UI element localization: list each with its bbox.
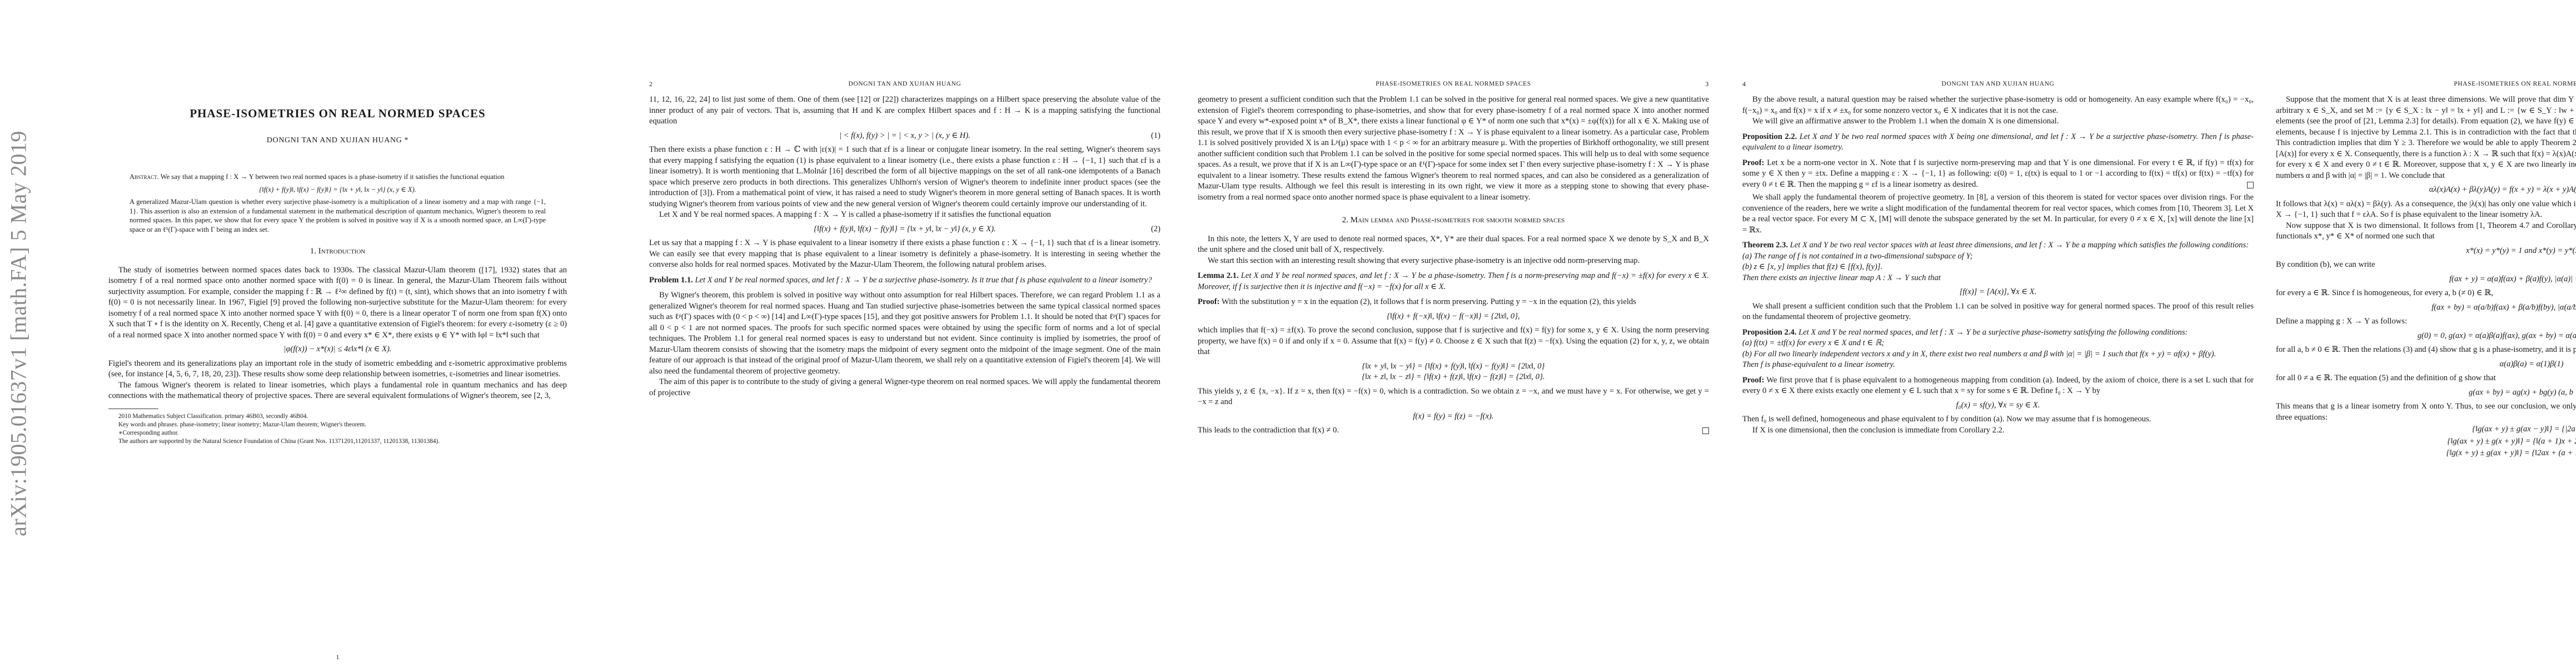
footnote: ∗Corresponding author. — [108, 429, 567, 437]
equation: αλ(x)A(x) + βλ(y)A(y) = f(x + y) = λ(x +… — [2276, 185, 2576, 196]
page-5: PHASE-ISOMETRIES ON REAL NORMED SPACES 5… — [2276, 0, 2576, 667]
paragraph: Suppose that the moment that X is at lea… — [2276, 94, 2576, 181]
running-head-text: DONGNI TAN AND XUJIAN HUANG — [1942, 81, 2055, 87]
equation-5: α(a)β(a) = α(1)β(1) (5) — [2276, 359, 2576, 370]
theorem-label: Theorem 2.3. — [1742, 241, 1788, 250]
equation-7: {‖g(ax + y) ± g(x + y)‖} = {‖(a + 1)x + … — [2276, 436, 2576, 447]
paper-title: PHASE-ISOMETRIES ON REAL NORMED SPACES — [108, 108, 567, 120]
proposition-statement: Proposition 2.2. Let X and Y be two real… — [1742, 132, 2254, 153]
equation-text: f(ax + by) = α(a/b)f(ax) + β(a/b)f(by), … — [2431, 302, 2576, 313]
proof-text: Let x be a norm-one vector in X. Note th… — [1742, 158, 2254, 189]
paragraph: The famous Wigner's theorem is related t… — [108, 380, 567, 402]
footnote: Key words and phrases. phase-isometry; l… — [108, 421, 567, 429]
list-item: (a) f(tx) = ±tf(x) for every x ∈ X and t… — [1742, 338, 2254, 349]
running-head-text: PHASE-ISOMETRIES ON REAL NORMED SPACES — [1376, 81, 1531, 87]
paragraph: This leads to the contradiction that f(x… — [1198, 425, 1709, 436]
paragraph: If X is one dimensional, then the conclu… — [1742, 425, 2254, 436]
page-number: 4 — [1742, 79, 1746, 90]
abstract-lead: We say that a mapping f : X → Y between … — [161, 173, 505, 181]
page-number: 2 — [649, 79, 653, 90]
paragraph: Then there exists a phase function ε : H… — [649, 145, 1160, 210]
paragraph: In this note, the letters X, Y are used … — [1198, 234, 1709, 256]
paragraph: geometry to present a sufficient conditi… — [1198, 94, 1709, 203]
running-head: 2 DONGNI TAN AND XUJIAN HUANG — [649, 79, 1160, 90]
equation-3: f(ax + y) = α(a)f(ax) + β(a)f(y), |α(a)|… — [2276, 274, 2576, 285]
proposition-label: Proposition 2.2. — [1742, 132, 1797, 141]
proof-label: Proof: — [1742, 158, 1764, 167]
proof-label: Proof: — [1742, 376, 1764, 385]
problem-statement: Problem 1.1. Let X and Y be real normed … — [649, 275, 1160, 286]
paragraph: This means that g is a linear isometry f… — [2276, 401, 2576, 423]
paragraph: for all 0 ≠ a ∈ ℝ. The equation (5) and … — [2276, 373, 2576, 384]
equation-text: {‖f(x) + f(−x)‖, ‖f(x) − f(−x)‖} = {2‖x‖… — [1387, 311, 1519, 322]
equation: {‖f(x) + f(−x)‖, ‖f(x) − f(−x)‖} = {2‖x‖… — [1198, 311, 1709, 322]
paragraph: which implies that f(−x) = ±f(x). To pro… — [1198, 325, 1709, 358]
paragraph: The study of isometries between normed s… — [108, 265, 567, 341]
equation-4: f(ax + by) = α(a/b)f(ax) + β(a/b)f(by), … — [2276, 302, 2576, 313]
equation: g(0) = 0, g(ax) = α(a)β(a)f(ax), g(ax + … — [2276, 331, 2576, 342]
paragraph: By the above result, a natural question … — [1742, 94, 2254, 116]
proposition-label: Proposition 2.4. — [1742, 328, 1796, 337]
abstract: Abstract. We say that a mapping f : X → … — [129, 172, 546, 234]
proof: Proof: Let x be a norm-one vector in X. … — [1742, 158, 2254, 191]
list-item: (b) z ∈ [x, y] implies that f(z) ∈ [f(x)… — [1742, 262, 2254, 273]
equation-text: αλ(x)A(x) + βλ(y)A(y) = f(x + y) = λ(x +… — [2429, 185, 2576, 196]
paragraph: This yields y, z ∈ {x, −x}. If z = x, th… — [1198, 386, 1709, 408]
section-heading: 1. Introduction — [108, 246, 567, 257]
equation-text: g(ax + by) = ag(x) + bg(y) (a, b ∈ ℝ). — [2469, 387, 2576, 399]
proof: Proof: With the substitution y = x in th… — [1198, 297, 1709, 308]
section-heading: 2. Main lemma and Phase-isometries for s… — [1198, 215, 1709, 226]
proposition-body: Let X and Y be real normed spaces, and l… — [1798, 328, 2188, 337]
abstract-equation: {‖f(x) + f(y)‖, ‖f(x) − f(y)‖} = {‖x + y… — [129, 185, 546, 195]
paragraph: Define a mapping g : X → Y as follows: — [2276, 316, 2576, 327]
paragraph: By Wigner's theorem, this problem is sol… — [649, 290, 1160, 377]
equation-text: {‖x + z‖, ‖x − z‖} = {‖f(x) + f(z)‖, ‖f(… — [1362, 372, 1544, 383]
equation-number: (1) — [1151, 131, 1160, 142]
equation: {‖x + z‖, ‖x − z‖} = {‖f(x) + f(z)‖, ‖f(… — [1198, 372, 1709, 383]
equation-text: {‖g(ax + y) ± g(ax − y)‖} = {|2a|, 2}, — [2472, 424, 2576, 435]
page-number: 1 — [108, 652, 567, 663]
equation-text: [f(x)] = [A(x)], ∀x ∈ X. — [1960, 287, 2036, 298]
equation-2: {‖f(x) + f(y)‖, ‖f(x) − f(y)‖} = {‖x + y… — [649, 224, 1160, 235]
qed-icon — [2247, 182, 2254, 188]
list-item: (b) For all two linearly independent vec… — [1742, 349, 2254, 360]
running-head: 4 DONGNI TAN AND XUJIAN HUANG — [1742, 79, 2254, 90]
proof-text: We first prove that f is phase equivalen… — [1742, 376, 2254, 396]
footnote: 2010 Mathematics Subject Classification.… — [108, 412, 567, 421]
equation: x*(x) = y*(y) = 1 and x*(y) = y*(x) = 0. — [2276, 246, 2576, 257]
footnotes: 2010 Mathematics Subject Classification.… — [108, 412, 567, 446]
paragraph: Now suppose that X is two dimensional. I… — [2276, 221, 2576, 242]
arxiv-stamp: arXiv:1905.01637v1 [math.FA] 5 May 2019 — [4, 0, 32, 667]
equation-text: x*(x) = y*(y) = 1 and x*(y) = y*(x) = 0. — [2466, 246, 2576, 257]
equation-text: {‖g(x + y) ± g(ax + y)‖} = {‖2ax + (a + … — [2447, 448, 2576, 459]
page-1: PHASE-ISOMETRIES ON REAL NORMED SPACES D… — [108, 0, 567, 667]
lemma-label: Lemma 2.1. — [1198, 271, 1239, 280]
equation-text: {‖f(x) + f(y)‖, ‖f(x) − f(y)‖} = {‖x + y… — [814, 224, 996, 235]
paragraph: We shall apply the fundamental theorem o… — [1742, 192, 2254, 236]
equation-number: (2) — [1151, 224, 1160, 235]
equation: {‖x + y‖, ‖x − y‖} = {‖f(x) + f(y)‖, ‖f(… — [1198, 361, 1709, 372]
proof-label: Proof: — [1198, 297, 1219, 306]
lemma-statement: Lemma 2.1. Let X and Y be real normed sp… — [1198, 271, 1709, 292]
lemma-body: Let X and Y be real normed spaces, and l… — [1198, 271, 1709, 291]
proposition-body: Let X and Y be two real normed spaces wi… — [1742, 132, 2254, 152]
arxiv-stamp-text: arXiv:1905.01637v1 [math.FA] 5 May 2019 — [6, 131, 32, 536]
paragraph: We start this section with an interestin… — [1198, 256, 1709, 267]
qed-icon — [1702, 427, 1709, 434]
running-head: PHASE-ISOMETRIES ON REAL NORMED SPACES 3 — [1198, 79, 1709, 90]
equation-text: |φ(f(x)) − x*(x)| ≤ 4ε‖x*‖ (x ∈ X). — [283, 344, 391, 355]
paragraph: We shall present a sufficient condition … — [1742, 301, 2254, 323]
page-4: 4 DONGNI TAN AND XUJIAN HUANG By the abo… — [1742, 0, 2254, 667]
equation-text: | < f(x), f(y) > | = | < x, y > | (x, y … — [839, 131, 970, 142]
paragraph: By condition (b), we can write — [2276, 260, 2576, 271]
running-head-text: DONGNI TAN AND XUJIAN HUANG — [849, 81, 961, 87]
running-head: PHASE-ISOMETRIES ON REAL NORMED SPACES 5 — [2276, 79, 2576, 90]
page-2: 2 DONGNI TAN AND XUJIAN HUANG 11, 12, 16… — [649, 0, 1160, 667]
theorem-body: Let X and Y be two real vector spaces wi… — [1790, 241, 2249, 250]
paragraph: for all a, b ≠ 0 ∈ ℝ. Then the relations… — [2276, 345, 2576, 356]
equation-1: | < f(x), f(y) > | = | < x, y > | (x, y … — [649, 131, 1160, 142]
proposition-statement: Proposition 2.4. Let X and Y be real nor… — [1742, 327, 2254, 339]
abstract-rest: A generalized Mazur-Ulam question is whe… — [129, 197, 546, 234]
list-item: Then there exists an injective linear ma… — [1742, 273, 2254, 284]
problem-body: Let X and Y be real normed spaces, and l… — [695, 276, 1152, 285]
footnote-divider — [108, 409, 158, 409]
theorem-statement: Theorem 2.3. Let X and Y be two real vec… — [1742, 240, 2254, 251]
paragraph: Then f₀ is well defined, homogeneous and… — [1742, 414, 2254, 425]
equation-8: {‖g(x + y) ± g(ax + y)‖} = {‖2ax + (a + … — [2276, 448, 2576, 459]
running-head-text: PHASE-ISOMETRIES ON REAL NORMED SPACES — [2454, 81, 2576, 87]
paper-authors: DONGNI TAN AND XUJIAN HUANG * — [108, 135, 567, 146]
paragraph: It follows that λ(x) = αλ(x) = βλ(y). As… — [2276, 199, 2576, 221]
equation-text: f₀(x) = sf(y), ∀x = sy ∈ X. — [1956, 400, 2040, 411]
proof: Proof: We first prove that f is phase eq… — [1742, 375, 2254, 397]
equation-text: g(0) = 0, g(ax) = α(a)β(a)f(ax), g(ax + … — [2418, 331, 2576, 342]
proof-text: This leads to the contradiction that f(x… — [1198, 426, 1339, 435]
problem-label: Problem 1.1. — [649, 276, 693, 285]
equation-text: {‖g(ax + y) ± g(x + y)‖} = {‖(a + 1)x + … — [2447, 436, 2576, 447]
list-item: Then f is phase-equivalent to a linear i… — [1742, 360, 2254, 371]
paragraph: Let us say that a mapping f : X → Y is p… — [649, 238, 1160, 271]
equation-text: f(ax + y) = α(a)f(ax) + β(a)f(y), |α(a)|… — [2449, 274, 2576, 285]
proof-text: With the substitution y = x in the equat… — [1222, 297, 1636, 306]
paragraph: 11, 12, 16, 22, 24] to list just some of… — [649, 94, 1160, 127]
page-number: 3 — [1705, 79, 1709, 90]
paragraph: We will give an affirmative answer to th… — [1742, 116, 2254, 127]
abstract-label: Abstract. — [129, 173, 159, 181]
equation: |φ(f(x)) − x*(x)| ≤ 4ε‖x*‖ (x ∈ X). — [108, 344, 567, 355]
equation-text: {‖f(x) + f(y)‖, ‖f(x) − f(y)‖} = {‖x + y… — [259, 185, 416, 195]
theorem-conditions: (a) The range of f is not contained in a… — [1742, 251, 2254, 284]
paragraph: Let X and Y be real normed spaces. A map… — [649, 210, 1160, 221]
list-item: (a) The range of f is not contained in a… — [1742, 251, 2254, 262]
equation-text: α(a)β(a) = α(1)β(1) — [2499, 359, 2563, 370]
paragraph: The aim of this paper is to contribute t… — [649, 377, 1160, 399]
equation-text: f(x) = f(y) = f(z) = −f(x). — [1413, 411, 1493, 422]
equation: f₀(x) = sf(y), ∀x = sy ∈ X. — [1742, 400, 2254, 411]
equation-text: {‖x + y‖, ‖x − y‖} = {‖f(x) + f(y)‖, ‖f(… — [1362, 361, 1545, 372]
paragraph: Figiel's theorem and its generalizations… — [108, 359, 567, 380]
paragraph: for every a ∈ ℝ. Since f is homogeneous,… — [2276, 288, 2576, 299]
footnote: The authors are supported by the Natural… — [108, 437, 567, 446]
equation: f(x) = f(y) = f(z) = −f(x). — [1198, 411, 1709, 422]
equation: g(ax + by) = ag(x) + bg(y) (a, b ∈ ℝ). — [2276, 387, 2576, 399]
equation-6: {‖g(ax + y) ± g(ax − y)‖} = {|2a|, 2}, (… — [2276, 424, 2576, 435]
equation: [f(x)] = [A(x)], ∀x ∈ X. — [1742, 287, 2254, 298]
proposition-conditions: (a) f(tx) = ±tf(x) for every x ∈ X and t… — [1742, 338, 2254, 371]
page-3: PHASE-ISOMETRIES ON REAL NORMED SPACES 3… — [1198, 0, 1709, 667]
